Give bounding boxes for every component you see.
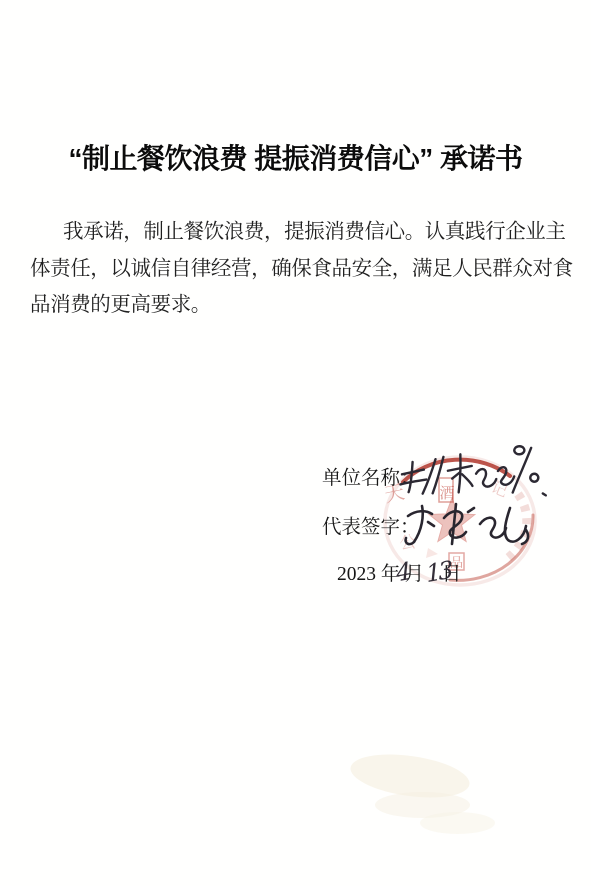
representative-signature-handwriting — [398, 500, 538, 550]
body-paragraph: 我承诺，制止餐饮浪费，提振消费信心。认真践行企业主 体责任，以诚信自律经营，确保… — [30, 214, 564, 324]
body-line-1: 我承诺，制止餐饮浪费，提振消费信心。认真践行企业主 — [30, 214, 564, 251]
date-row: 2023 年4月13日 — [337, 558, 461, 586]
paper-stain — [420, 812, 495, 834]
date-month-handwritten: 4 — [395, 557, 412, 588]
body-line-3: 品消费的更高要求。 — [30, 287, 564, 324]
date-year-printed: 2023 年 — [337, 564, 400, 585]
body-line-2: 体责任，以诚信自律经营，确保食品安全，满足人民群众对食 — [30, 251, 564, 288]
unit-name-handwriting — [391, 441, 548, 504]
document-title: “制止餐饮浪费 提振消费信心” 承诺书 — [0, 137, 591, 177]
scanned-commitment-letter: “制止餐饮浪费 提振消费信心” 承诺书 我承诺，制止餐饮浪费，提振消费信心。认真… — [0, 0, 591, 886]
date-day-handwritten: 13 — [425, 556, 452, 588]
